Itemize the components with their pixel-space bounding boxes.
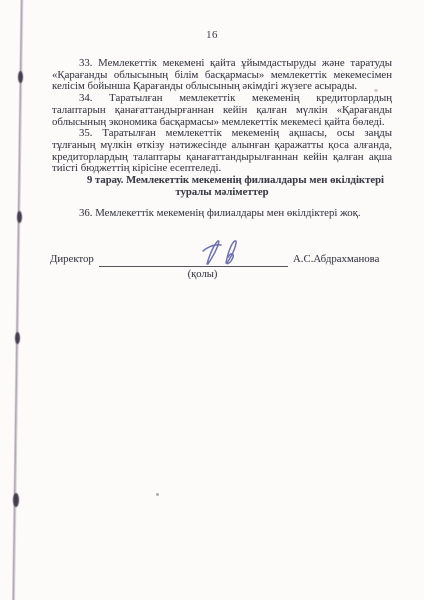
handwritten-signature xyxy=(199,238,243,270)
binding-mark xyxy=(17,211,22,223)
binding-mark xyxy=(18,71,23,83)
binding-mark xyxy=(13,493,19,507)
binding-mark xyxy=(15,332,20,344)
chapter-9-heading: 9 тарау. Мемлекеттік мекеменің филиалдар… xyxy=(52,175,392,199)
page-number: 16 xyxy=(0,30,424,42)
signer-name: А.С.Абдрахманова xyxy=(293,253,379,265)
paragraph-34: 34. Таратылған мемлекеттік мекеменің кре… xyxy=(52,93,392,128)
director-label: Директор xyxy=(50,253,94,265)
document-body: 33. Мемлекеттік мекемені қайта ұйымдасты… xyxy=(52,58,392,220)
scanned-document-page: 16 33. Мемлекеттік мекемені қайта ұйымда… xyxy=(0,0,424,600)
signature-line xyxy=(99,253,288,267)
signature-caption: (қолы) xyxy=(160,269,245,281)
paragraph-33: 33. Мемлекеттік мекемені қайта ұйымдасты… xyxy=(52,58,392,93)
paragraph-35: 35. Таратылған мемлекеттік мекеменің ақш… xyxy=(52,128,392,175)
page-edge-scan-line xyxy=(11,0,24,600)
scan-speck xyxy=(156,493,159,496)
paragraph-36: 36. Мемлекеттік мекеменің филиалдары мен… xyxy=(52,208,392,220)
